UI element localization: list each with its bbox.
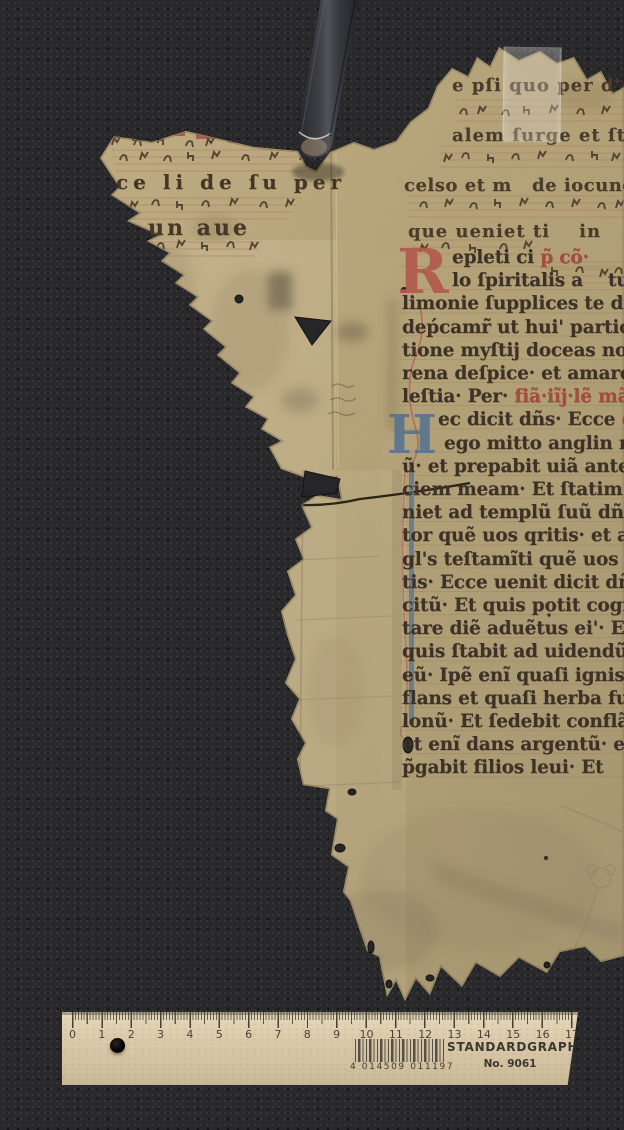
ruler-brand-label: STANDARDGRAPH	[447, 1041, 573, 1054]
manuscript-text-line: lo ſpiritalis a tuo·	[402, 269, 624, 292]
body-text: et enĩ dans argentũ· et	[402, 734, 624, 755]
body-text: lonũ· Et ſedebit conflãs	[402, 711, 624, 732]
body-text: gl's teſtamĩti quẽ uos uul	[402, 549, 624, 570]
barcode-digits: 4 014509 011197	[350, 1062, 454, 1072]
manuscript-text-line: flans et quaſi herba fu	[402, 687, 624, 710]
glass-weight-strip	[297, 0, 359, 158]
body-text: ec dicit dñs· Ecce	[438, 409, 621, 430]
ruler-number: 6	[245, 1029, 252, 1041]
manuscript-text-line: tione myſtij doceas nos	[402, 339, 624, 362]
manuscript-text-line: citũ· Et quis potit cogi	[402, 594, 624, 617]
body-text: quis ſtabit ad uidendũ	[402, 641, 624, 662]
music-fragment-text: un aue	[148, 218, 250, 238]
ruler-number: 4	[186, 1029, 193, 1041]
body-text: lo ſpiritalis a tuo·	[452, 270, 624, 291]
ruler-hang-hole	[110, 1038, 125, 1053]
manuscript-text-line: epleti ci p̃ cõ·	[402, 246, 624, 269]
manuscript-text-line: tor quẽ uos qritis· et an	[402, 524, 624, 547]
body-text: niet ad templũ ſuũ dñia	[402, 502, 624, 523]
manuscript-text-line: rena deſpice· et amare ce	[402, 362, 624, 385]
manuscript-text-line: ciem meam· Et ſtatim ue	[402, 478, 624, 501]
ruler-number: 2	[128, 1029, 135, 1041]
body-text: tare diẽ aduẽtus ei'· Et	[402, 618, 624, 639]
ruler-number: 3	[157, 1029, 164, 1041]
manuscript-text-line: deṕcamr̃ ut hui' particia	[402, 316, 624, 339]
ruler-number: 0	[69, 1029, 76, 1041]
body-text: epleti ci	[452, 247, 540, 268]
body-text: tis· Ecce uenit dicit dñs e	[402, 572, 624, 593]
body-text: rena deſpice· et amare ce	[402, 363, 624, 384]
ruler: 01234567891011121314151617 4 014509 0111…	[62, 1012, 578, 1085]
manuscript-text-line: ego mitto anglin me	[402, 432, 624, 455]
manuscript-text-block: epleti ci p̃ cõ·lo ſpiritalis a tuo·limo…	[402, 246, 624, 780]
body-text: leſtia· Per·	[402, 386, 514, 407]
manuscript-text-line: eũ· Ipẽ enĩ quaſi ignis	[402, 664, 624, 687]
ruler-number: 9	[333, 1029, 340, 1041]
barcode	[355, 1039, 445, 1062]
body-text: flans et quaſi herba fu	[402, 688, 624, 709]
rubric-text: fiã·iĩj·lẽ mã	[514, 386, 624, 407]
body-text: p̃gabit filios leui· Et	[402, 757, 603, 778]
rubric-text: p̃ cõ·	[540, 247, 588, 268]
manuscript-text-line: et enĩ dans argentũ· et	[402, 733, 624, 756]
ruler-number: 5	[216, 1029, 223, 1041]
body-text: tor quẽ uos qritis· et an	[402, 525, 624, 546]
body-text: ũ· et prepabit uiã ante fa	[402, 456, 624, 477]
body-text: limonie ſupplices te dñe	[402, 293, 624, 314]
ruler-number: 8	[304, 1029, 311, 1041]
manuscript-text-line: p̃gabit filios leui· Et	[402, 756, 624, 779]
manuscript-text-line: gl's teſtamĩti quẽ uos uul	[402, 548, 624, 571]
body-text: eũ· Ipẽ enĩ quaſi ignis	[402, 665, 624, 686]
manuscript-text-line: limonie ſupplices te dñe	[402, 292, 624, 315]
conservation-tape	[502, 47, 561, 143]
manuscript-text-line: leſtia· Per· fiã·iĩj·lẽ mã	[402, 385, 624, 408]
ruler-model-label: No. 9061	[447, 1059, 573, 1070]
photograph-stage: e pſi quo per d'· alem ſurge et ſta in c…	[0, 0, 624, 1130]
body-text: ego mitto anglin me	[444, 433, 624, 454]
ink-speck	[544, 856, 548, 860]
body-text: citũ· Et quis potit cogi	[402, 595, 624, 616]
body-text: ciem meam· Et ſtatim ue	[402, 479, 624, 500]
manuscript-text-line: ũ· et prepabit uiã ante fa	[402, 455, 624, 478]
manuscript-text-line: ec dicit dñs· Ecce ch̃·ij·	[402, 408, 624, 431]
music-fragment-text: ce li de ſu per	[116, 172, 346, 192]
ruler-number: 7	[274, 1029, 281, 1041]
manuscript-text-line: quis ſtabit ad uidendũ	[402, 640, 624, 663]
manuscript-text-line: niet ad templũ ſuũ dñia	[402, 501, 624, 524]
manuscript-text-line: tare diẽ aduẽtus ei'· Et	[402, 617, 624, 640]
manuscript-text-line: tis· Ecce uenit dicit dñs e	[402, 571, 624, 594]
chant-header-line: celso et m de iocunditatem	[404, 176, 624, 196]
body-text: tione myſtij doceas nos	[402, 340, 624, 361]
body-text: deṕcamr̃ ut hui' particia	[402, 317, 624, 338]
manuscript-text-line: lonũ· Et ſedebit conflãs	[402, 710, 624, 733]
ruler-number: 1	[98, 1029, 105, 1041]
ruler-mm-ticks	[72, 1012, 574, 1020]
